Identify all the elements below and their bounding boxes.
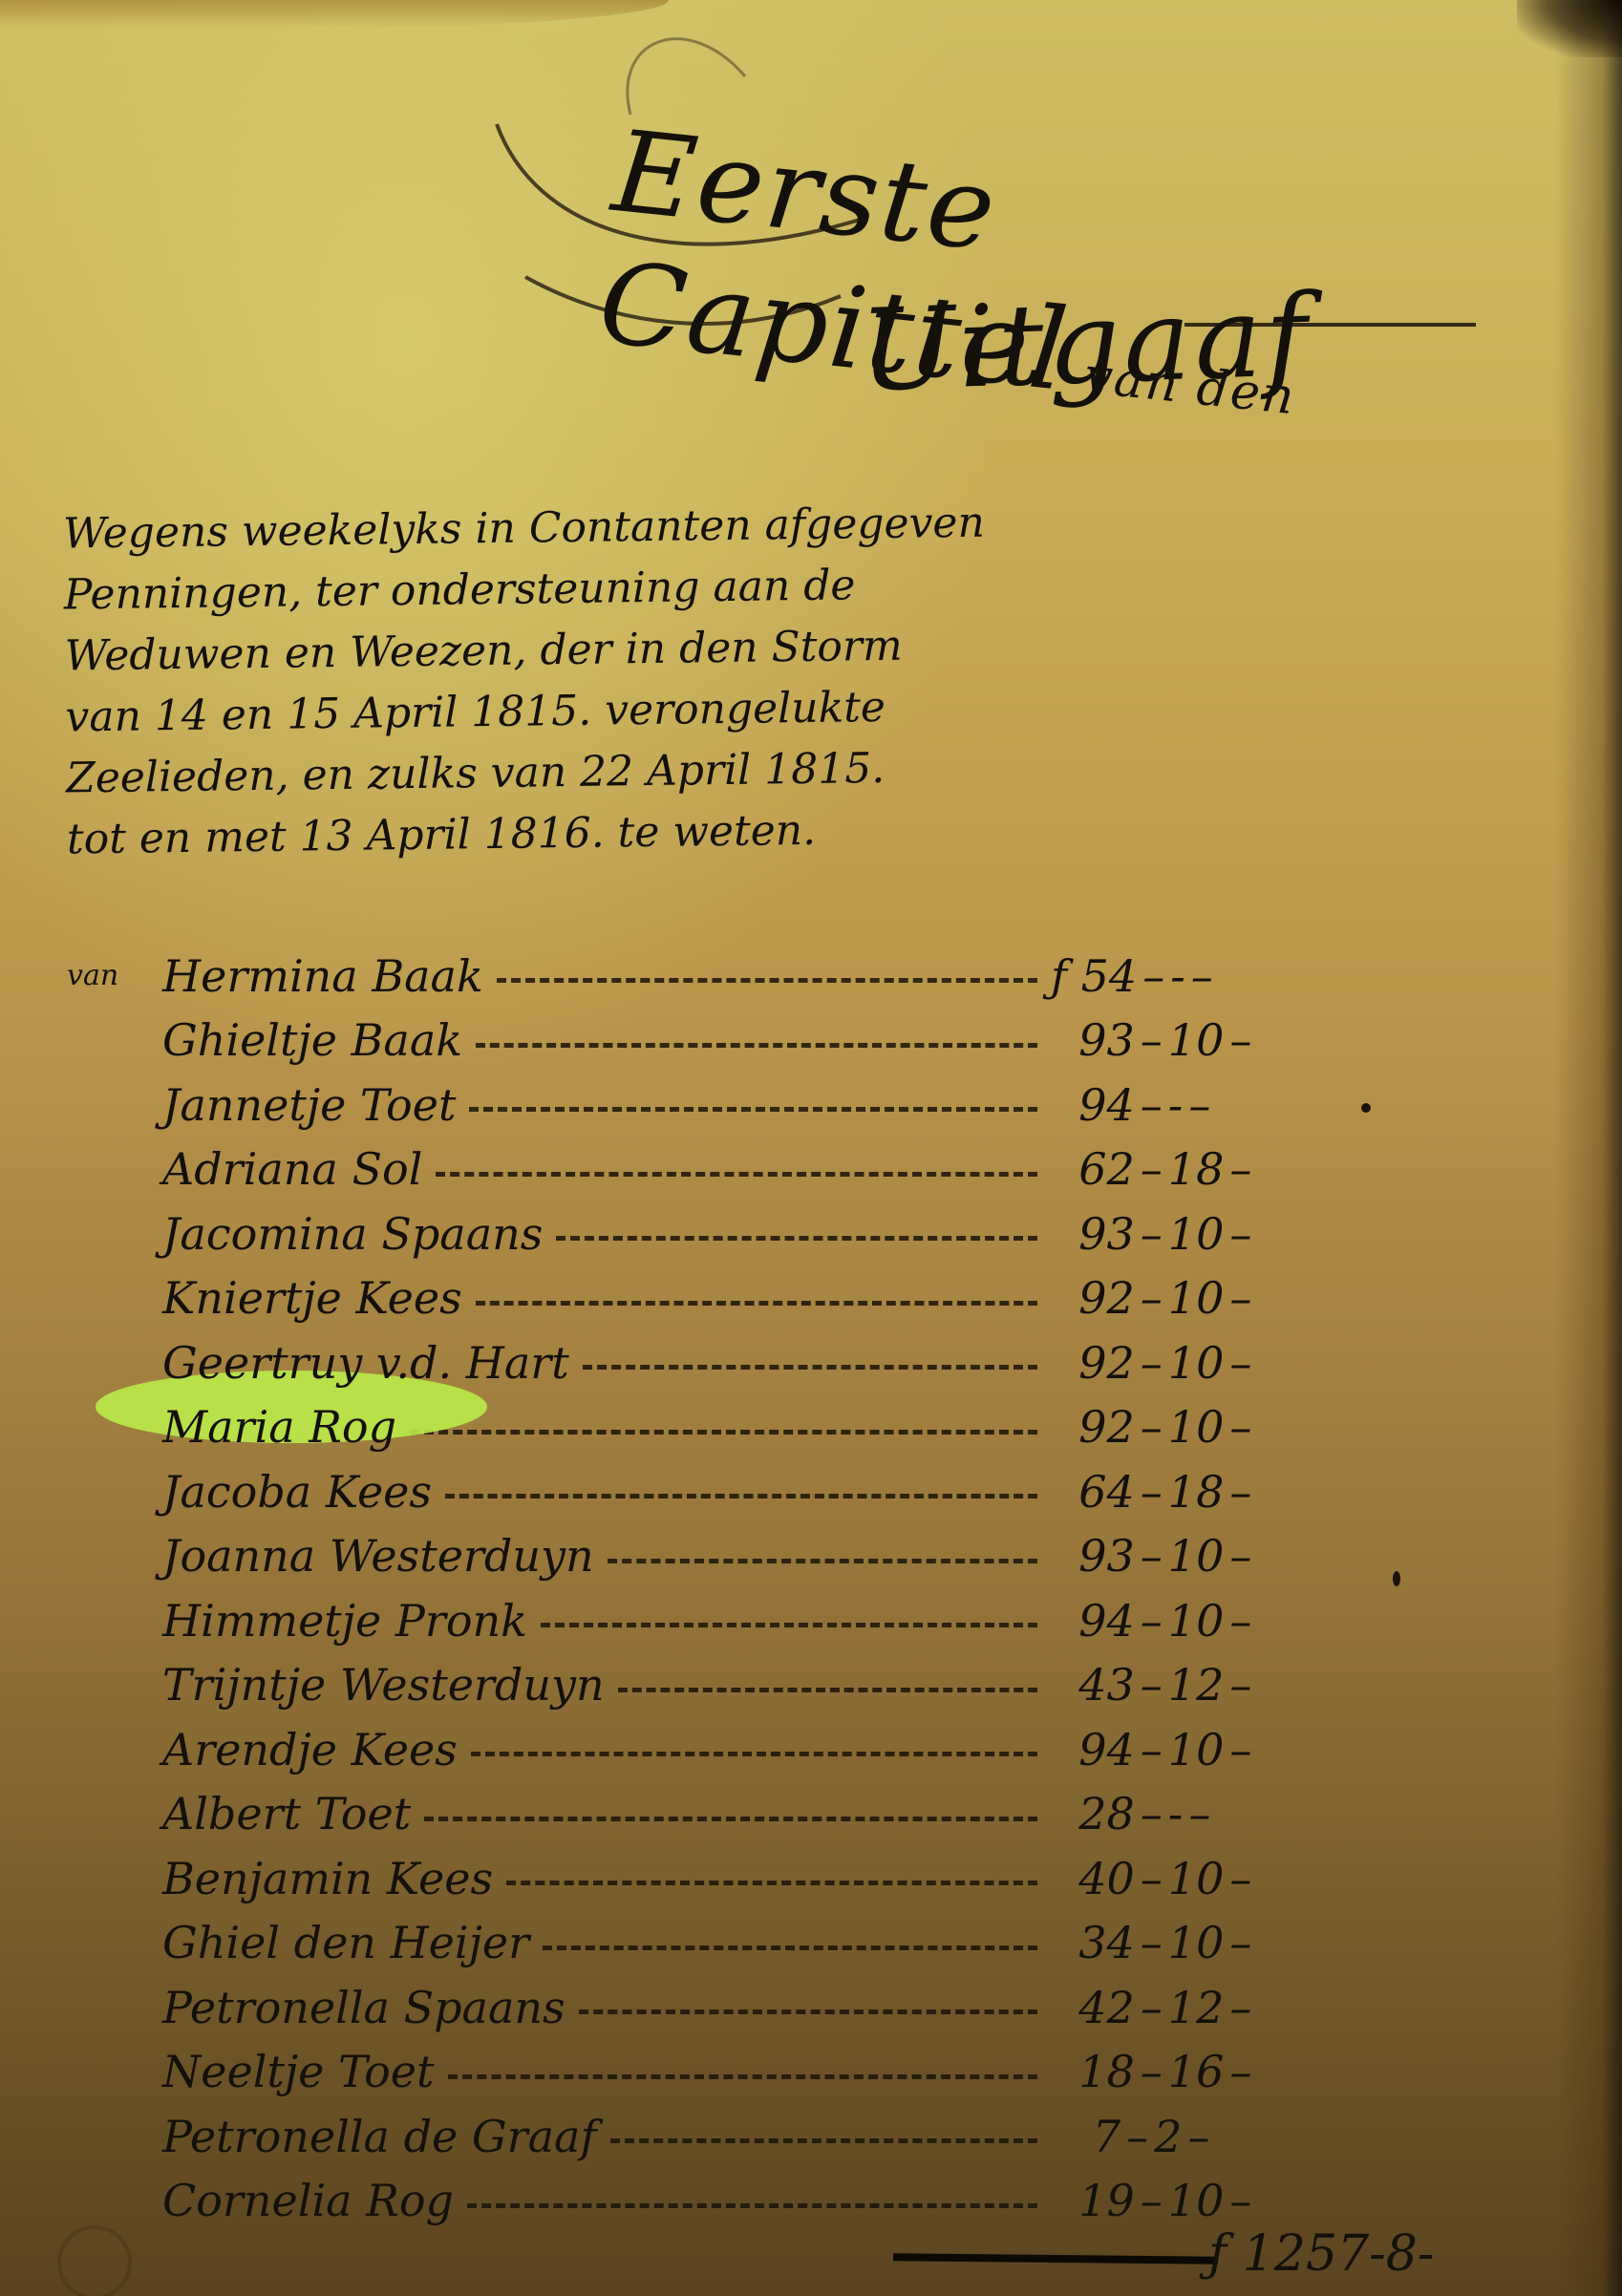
dotted-leader bbox=[448, 2074, 1037, 2079]
ledger-row: Jannetje Toet 94–-– bbox=[67, 1073, 1251, 1137]
ledger-row: Joanna Westerduyn 93–10– bbox=[67, 1524, 1251, 1589]
stuivers: - bbox=[1168, 1788, 1184, 1839]
ledger-row: Adriana Sol 62–18– bbox=[67, 1137, 1251, 1202]
ledger-name: Jacomina Spaans bbox=[162, 1208, 543, 1260]
ledger-name: Trijntje Westerduyn bbox=[162, 1659, 605, 1711]
ledger-row: Cornelia Rog 19–10– bbox=[67, 2169, 1251, 2234]
ledger-row: Benjamin Kees 40–10– bbox=[67, 1846, 1251, 1911]
ledger-list: van Hermina Baak ƒ 54–-– Ghieltje Baak 9… bbox=[67, 944, 1251, 2233]
ledger-name: Himmetje Pronk bbox=[162, 1595, 527, 1647]
ledger-row: Himmetje Pronk 94–10– bbox=[67, 1588, 1251, 1653]
ledger-row: Neeltje Toet 18–16– bbox=[67, 2040, 1251, 2105]
ledger-name: Petronella Spaans bbox=[162, 1982, 566, 2033]
guilders: 92 bbox=[1078, 1401, 1135, 1453]
dotted-leader bbox=[506, 1881, 1037, 1885]
guilders: 42 bbox=[1078, 1982, 1135, 2033]
ledger-row: Arendje Kees 94–10– bbox=[67, 1717, 1251, 1782]
ledger-amount: 42–12– bbox=[1051, 1982, 1251, 2033]
ledger-name: Maria Rog bbox=[162, 1401, 396, 1453]
ledger-name: Jacoba Kees bbox=[162, 1466, 432, 1518]
guilders: 94 bbox=[1078, 1079, 1135, 1131]
ledger-amount: 93–10– bbox=[1051, 1530, 1251, 1582]
ledger-row: Kniertje Kees 92–10– bbox=[67, 1266, 1251, 1331]
ledger-amount: 92–10– bbox=[1051, 1401, 1251, 1453]
ledger-amount: 62–18– bbox=[1051, 1143, 1251, 1195]
ledger-name: Cornelia Rog bbox=[162, 2175, 454, 2226]
guilders: 54 bbox=[1081, 950, 1138, 1002]
stuivers: 10 bbox=[1168, 1595, 1225, 1647]
guilders: 64 bbox=[1078, 1466, 1135, 1518]
stuivers: 18 bbox=[1168, 1143, 1225, 1195]
dotted-leader bbox=[579, 2009, 1037, 2014]
guilders: 94 bbox=[1078, 1595, 1135, 1647]
ledger-amount: 18–16– bbox=[1051, 2046, 1251, 2097]
ledger-row: Petronella Spaans 42–12– bbox=[67, 1975, 1251, 2040]
ledger-amount: 64–18– bbox=[1051, 1466, 1251, 1518]
stuivers: 12 bbox=[1168, 1982, 1225, 2033]
guilders: 19 bbox=[1078, 2175, 1135, 2226]
ledger-row: Jacoba Kees 64–18– bbox=[67, 1459, 1251, 1524]
ledger-row: van Hermina Baak ƒ 54–-– bbox=[67, 944, 1251, 1009]
ledger-row: Ghieltje Baak 93–10– bbox=[67, 1009, 1251, 1074]
guilders: 18 bbox=[1078, 2046, 1135, 2097]
dotted-leader bbox=[410, 1430, 1037, 1435]
ledger-amount: 94–-– bbox=[1051, 1079, 1251, 1131]
stuivers: 2 bbox=[1154, 2111, 1182, 2162]
intro-paragraph: Wegens weekelyks in Contanten afgegeven … bbox=[63, 490, 1233, 871]
ledger-row: Trijntje Westerduyn 43–12– bbox=[67, 1653, 1251, 1718]
dotted-leader bbox=[436, 1172, 1037, 1177]
dotted-leader bbox=[476, 1301, 1037, 1306]
stuivers: - bbox=[1168, 1079, 1184, 1131]
stuivers: 10 bbox=[1168, 1724, 1225, 1775]
dotted-leader bbox=[543, 1945, 1037, 1950]
ledger-amount: ƒ 54–-– bbox=[1051, 950, 1251, 1002]
dotted-leader bbox=[618, 1688, 1037, 1692]
stuivers: 12 bbox=[1168, 1659, 1225, 1711]
ledger-name: Jannetje Toet bbox=[162, 1079, 456, 1131]
intro-line: tot en met 13 April 1816. te weten. bbox=[67, 796, 1233, 871]
guilders: 93 bbox=[1078, 1208, 1135, 1260]
ink-spot-icon bbox=[1393, 1571, 1400, 1586]
dotted-leader bbox=[476, 1043, 1037, 1048]
ledger-name: Neeltje Toet bbox=[162, 2046, 435, 2097]
stuivers: 18 bbox=[1168, 1466, 1225, 1518]
ledger-row: Albert Toet 28–-– bbox=[67, 1782, 1251, 1847]
stuivers: 16 bbox=[1168, 2046, 1225, 2097]
stuivers: 10 bbox=[1168, 1208, 1225, 1260]
stuivers: 10 bbox=[1168, 1917, 1225, 1968]
stuivers: 10 bbox=[1168, 1337, 1225, 1389]
currency-symbol: ƒ bbox=[1208, 2225, 1227, 2283]
stuivers: - bbox=[1170, 950, 1185, 1002]
dotted-leader bbox=[424, 1817, 1037, 1821]
guilders: 43 bbox=[1078, 1659, 1135, 1711]
ledger-row: Jacomina Spaans 93–10– bbox=[67, 1201, 1251, 1266]
stuivers: 10 bbox=[1168, 2175, 1225, 2226]
ledger-amount: 93–10– bbox=[1051, 1208, 1251, 1260]
ledger-name: Hermina Baak bbox=[162, 950, 483, 1002]
total-underline bbox=[893, 2253, 1218, 2264]
faded-stamp-icon bbox=[57, 2225, 132, 2296]
dotted-leader bbox=[583, 1365, 1037, 1370]
ledger-amount: 94–10– bbox=[1051, 1724, 1251, 1775]
ink-spot-icon bbox=[1361, 1103, 1371, 1113]
guilders: 34 bbox=[1078, 1917, 1135, 1968]
guilders: 93 bbox=[1078, 1530, 1135, 1582]
stuivers: 10 bbox=[1168, 1853, 1225, 1904]
ledger-name: Ghiel den Heijer bbox=[162, 1917, 529, 1968]
dotted-leader bbox=[467, 2203, 1037, 2208]
ledger-name: Benjamin Kees bbox=[162, 1853, 493, 1904]
guilders: 40 bbox=[1078, 1853, 1135, 1904]
ledger-amount: 7–2– bbox=[1051, 2111, 1251, 2162]
dotted-leader bbox=[556, 1236, 1037, 1241]
guilders: 92 bbox=[1078, 1337, 1135, 1389]
ledger-name: Albert Toet bbox=[162, 1788, 411, 1839]
ledger-amount: 92–10– bbox=[1051, 1337, 1251, 1389]
currency-symbol: ƒ bbox=[1051, 950, 1067, 1002]
dotted-leader bbox=[610, 2138, 1038, 2143]
ledger-amount: 94–10– bbox=[1051, 1595, 1251, 1647]
dotted-leader bbox=[541, 1623, 1037, 1627]
dotted-leader bbox=[608, 1559, 1037, 1563]
dotted-leader bbox=[469, 1107, 1037, 1112]
ledger-amount: 93–10– bbox=[1051, 1014, 1251, 1066]
total-guilders: 1257 bbox=[1243, 2225, 1369, 2283]
ledger-name: Geertruy v.d. Hart bbox=[162, 1337, 569, 1389]
ledger-amount: 34–10– bbox=[1051, 1917, 1251, 1968]
dotted-leader bbox=[497, 978, 1037, 983]
stuivers: 10 bbox=[1168, 1530, 1225, 1582]
ledger-amount: 40–10– bbox=[1051, 1853, 1251, 1904]
ledger-amount: 92–10– bbox=[1051, 1272, 1251, 1324]
ledger-name: Kniertje Kees bbox=[162, 1272, 462, 1324]
ledger-amount: 19–10– bbox=[1051, 2175, 1251, 2226]
stuivers: 10 bbox=[1168, 1272, 1225, 1324]
ledger-row: Geertruy v.d. Hart 92–10– bbox=[67, 1330, 1251, 1395]
ledger-prefix: van bbox=[67, 959, 162, 992]
guilders: 28 bbox=[1078, 1788, 1135, 1839]
ledger-row-highlighted: Maria Rog 92–10– bbox=[67, 1395, 1251, 1460]
ledger-amount: 28–-– bbox=[1051, 1788, 1251, 1839]
stuivers: 10 bbox=[1168, 1401, 1225, 1453]
guilders: 7 bbox=[1093, 2111, 1120, 2162]
ledger-amount: 43–12– bbox=[1051, 1659, 1251, 1711]
dotted-leader bbox=[471, 1752, 1037, 1756]
total-stuivers: 8 bbox=[1386, 2225, 1418, 2283]
ledger-name: Ghieltje Baak bbox=[162, 1014, 462, 1066]
ledger-name: Arendje Kees bbox=[162, 1724, 458, 1775]
stuivers: 10 bbox=[1168, 1014, 1225, 1066]
guilders: 93 bbox=[1078, 1014, 1135, 1066]
ledger-total: ƒ 1257-8- bbox=[1208, 2225, 1434, 2283]
ledger-name: Adriana Sol bbox=[162, 1143, 422, 1195]
ledger-name: Joanna Westerduyn bbox=[162, 1530, 594, 1582]
guilders: 62 bbox=[1078, 1143, 1135, 1195]
chapter-subtitle: Uitgaaf bbox=[858, 269, 1313, 416]
ledger-row: Petronella de Graaf 7–2– bbox=[67, 2104, 1251, 2169]
ledger-row: Ghiel den Heijer 34–10– bbox=[67, 1911, 1251, 1976]
dotted-leader bbox=[445, 1494, 1037, 1499]
ledger-name: Petronella de Graaf bbox=[162, 2111, 597, 2162]
guilders: 94 bbox=[1078, 1724, 1135, 1775]
guilders: 92 bbox=[1078, 1272, 1135, 1324]
